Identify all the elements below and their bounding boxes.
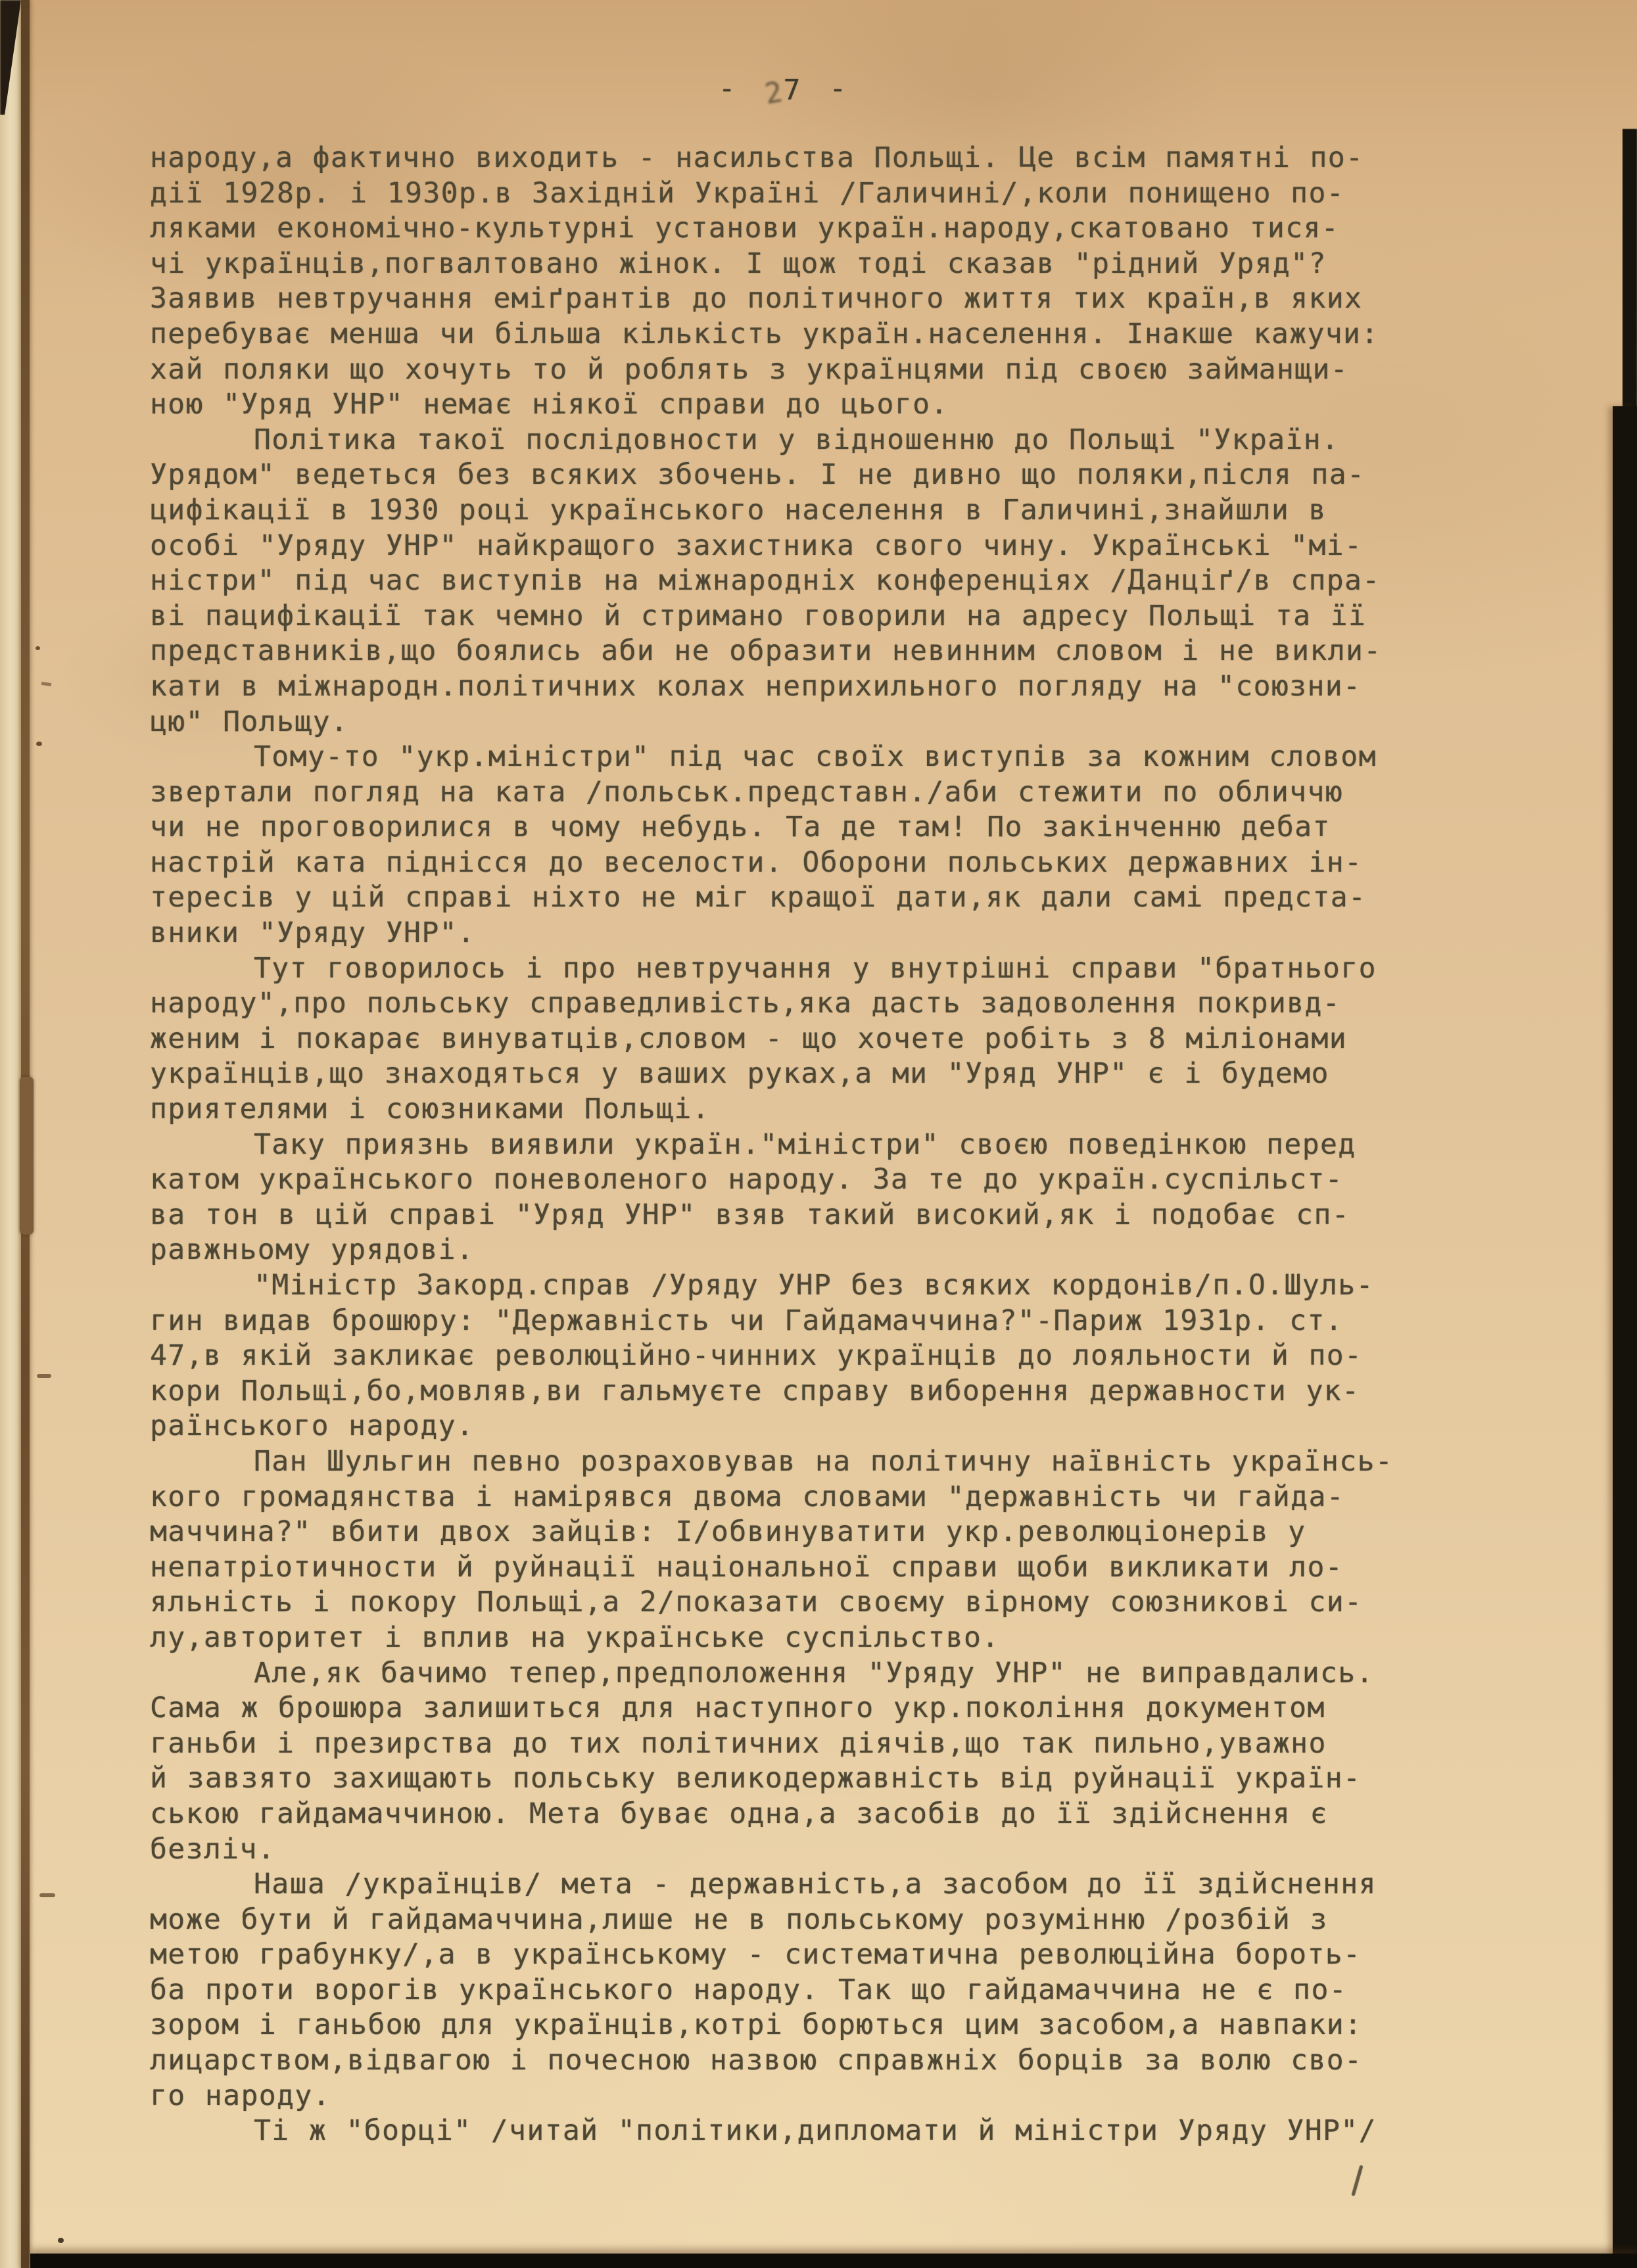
page-number-digit: 7 xyxy=(784,74,801,106)
scan-edge-right xyxy=(1613,406,1637,2268)
paragraph: Ті ж "борці" /читай "політики,дипломати … xyxy=(150,2114,1425,2149)
paragraph: Але,як бачимо тепер,предположення "Уряду… xyxy=(150,1656,1425,1868)
page-number-digits: 2 7 xyxy=(765,74,801,106)
page-number-digit-smudged: 2 xyxy=(762,76,784,111)
paragraph: Тут говорилось і про невтручання у внутр… xyxy=(150,951,1425,1127)
page-number: - 2 7 - xyxy=(671,74,894,106)
paragraph: Пан Шульгин певно розраховував на політи… xyxy=(150,1444,1425,1656)
margin-mark xyxy=(39,1893,55,1897)
scan-edge-bottom xyxy=(30,2254,1637,2268)
binding-crease-dark-segment xyxy=(20,1077,34,1235)
ink-speck xyxy=(36,646,40,650)
scanned-document-page: - 2 7 - народу,а фактично виходить - нас… xyxy=(0,0,1637,2268)
paragraph: Політика такої послідовности у відношенн… xyxy=(150,423,1425,740)
stray-slash-mark xyxy=(1351,2165,1363,2196)
page-number-right-dash: - xyxy=(829,72,846,105)
paragraph: народу,а фактично виходить - насильства … xyxy=(150,141,1425,423)
margin-mark xyxy=(37,1374,51,1378)
paragraph: Тому-то "укр.міністри" під час своїх вис… xyxy=(150,740,1425,951)
page-number-left-dash: - xyxy=(719,72,736,105)
typewritten-text-block: народу,а фактично виходить - насильства … xyxy=(150,141,1425,2149)
margin-mark xyxy=(41,682,52,686)
paragraph: Таку приязнь виявили україн."міністри" с… xyxy=(150,1127,1425,1268)
ink-speck xyxy=(58,2238,64,2243)
paragraph: "Міністр Закорд.справ /Уряду УНР без вся… xyxy=(150,1268,1425,1444)
scan-edge-right-upper xyxy=(1623,129,1637,425)
paragraph: Наша /українців/ мета - державність,а за… xyxy=(150,1867,1425,2114)
book-underpage-edge xyxy=(0,0,22,2268)
ink-speck xyxy=(36,742,42,746)
